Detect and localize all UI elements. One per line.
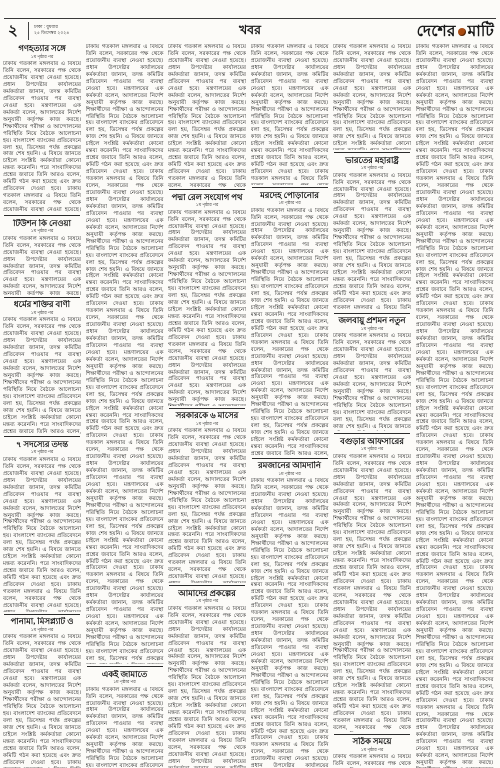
article-body: ঢাকায় গতকাল মঙ্গলবার এ বিষয়ে তিনি বলেন… <box>251 478 329 768</box>
article-headline: পদ্মা রেল সংযোগ পথ <box>168 193 246 203</box>
article-body: ঢাকায় গতকাল মঙ্গলবার এ বিষয়ে তিনি বলেন… <box>333 454 411 732</box>
continued-from-label: ১ম পৃষ্ঠার পর <box>333 747 411 753</box>
article-separator-rule <box>252 458 328 459</box>
article: ৭ সদস্যের তদন্ত ১ম পৃষ্ঠার পর ঢাকায় গতক… <box>3 434 81 612</box>
article-body: ঢাকায় গতকাল মঙ্গলবার এ বিষয়ে তিনি বলেন… <box>3 317 81 434</box>
article-body: ঢাকায় গতকাল মঙ্গলবার এ বিষয়ে তিনি বলেন… <box>3 61 81 213</box>
article-body: ঢাকায় গতকাল মঙ্গলবার এ বিষয়ে তিনি বলেন… <box>86 687 164 768</box>
masthead-logo-dot-icon <box>458 28 466 36</box>
article-headline: পানামা, মিসপ্ল্যাট ও <box>3 617 81 627</box>
article-body: ঢাকায় গতকাল মঙ্গলবার এ বিষয়ে তিনি বলেন… <box>333 333 411 431</box>
article-body: ঢাকায় গতকাল মঙ্গলবার এ বিষয়ে তিনি বলেন… <box>3 634 81 768</box>
continued-from-label: ১ম পৃষ্ঠার পর <box>3 627 81 633</box>
masthead-word-2: মাটি <box>468 19 494 45</box>
article-body: ঢাকায় গতকাল মঙ্গলবার এ বিষয়ে তিনি বলেন… <box>168 210 246 406</box>
page-header: ২ ঢাকা : বুধবার ২৫ ডিসেম্বর ২০২৪ খবর দেশ… <box>4 20 496 44</box>
article-headline: রমজানের আমদানি <box>251 461 329 471</box>
article: রমজানের আমদানি ১ম পৃষ্ঠার পর ঢাকায় গতকা… <box>251 456 329 768</box>
article: গণহত্যার সঙ্গে ১ম পৃষ্ঠার পর ঢাকায় গতকা… <box>3 44 81 213</box>
article: মরদেহ পোড়ানোর ১ম পৃষ্ঠার পর ঢাকায় গতকা… <box>251 185 329 456</box>
article: সঠিক সময়ে ১ম পৃষ্ঠার পর ঢাকায় গতকাল মঙ… <box>333 732 411 768</box>
article-headline: ভারতের মহারাষ্ট্র <box>333 156 411 166</box>
article-separator-rule <box>169 189 245 190</box>
article-body: ঢাকায় গতকাল মঙ্গলবার এ বিষয়ে তিনি বলেন… <box>3 236 81 295</box>
continued-from-label: ১ম পৃষ্ঠার পর <box>333 446 411 452</box>
continued-from-label: ১ম পৃষ্ঠার পর <box>168 598 246 604</box>
continuation-text: ঢাকায় গতকাল মঙ্গলবার এ বিষয়ে তিনি বলেন… <box>416 44 494 768</box>
column-6: ঢাকায় গতকাল মঙ্গলবার এ বিষয়ে তিনি বলেন… <box>416 44 494 768</box>
column-1: গণহত্যার সঙ্গে ১ম পৃষ্ঠার পর ঢাকায় গতকা… <box>3 44 81 768</box>
masthead: দেশের মাটি <box>417 19 494 45</box>
article-separator-rule <box>334 313 410 314</box>
article-separator-rule <box>4 297 80 298</box>
article: ধর্মের শক্তির বাণী ১ম পৃষ্ঠার পর ঢাকায় … <box>3 295 81 435</box>
continued-from-label: ১ম পৃষ্ঠার পর <box>333 165 411 171</box>
continued-from-label: ১ম পৃষ্ঠার পর <box>3 449 81 455</box>
article-body: ঢাকায় গতকাল মঙ্গলবার এ বিষয়ে তিনি বলেন… <box>168 606 246 768</box>
continued-from-label: ১ম পৃষ্ঠার পর <box>251 471 329 477</box>
article-body: ঢাকায় গতকাল মঙ্গলবার এ বিষয়ে তিনি বলেন… <box>333 754 411 768</box>
article-headline: আমাদের প্রকল্পের <box>168 589 246 599</box>
article-separator-rule <box>169 408 245 409</box>
column-5: ঢাকায় গতকাল মঙ্গলবার এ বিষয়ে তিনি বলেন… <box>333 44 411 768</box>
article-separator-rule <box>334 152 410 153</box>
article-headline: একই জামাতে <box>86 670 164 680</box>
article-body: ঢাকায় গতকাল মঙ্গলবার এ বিষয়ে তিনি বলেন… <box>3 457 81 612</box>
article-headline: টিউশন কি নেওয়া <box>3 219 81 229</box>
article-separator-rule <box>334 734 410 735</box>
article-headline: গণহত্যার সঙ্গে <box>3 44 81 54</box>
continued-from-label: ১ম পৃষ্ঠার পর <box>3 310 81 316</box>
continued-from-label: ১ম পৃষ্ঠার পর <box>251 200 329 206</box>
continuation-text: ঢাকায় গতকাল মঙ্গলবার এ বিষয়ে তিনি বলেন… <box>168 44 246 187</box>
article: সরকারকে ৬ মাসের ১ম পৃষ্ঠার পর ঢাকায় গতক… <box>168 406 246 584</box>
article-body: ঢাকায় গতকাল মঙ্গলবার এ বিষয়ে তিনি বলেন… <box>251 208 329 456</box>
article-body: ঢাকায় গতকাল মঙ্গলবার এ বিষয়ে তিনি বলেন… <box>333 173 411 311</box>
article: একই জামাতে ১ম পৃষ্ঠার পর ঢাকায় গতকাল মঙ… <box>86 664 164 768</box>
article-separator-rule <box>169 585 245 586</box>
article: জলবায়ু প্রশমন নতুন ১ম পৃষ্ঠার পর ঢাকায়… <box>333 311 411 432</box>
article: টিউশন কি নেওয়া ১ম পৃষ্ঠার পর ঢাকায় গতক… <box>3 213 81 295</box>
article-separator-rule <box>87 666 163 667</box>
continuation-text: ঢাকায় গতকাল মঙ্গলবার এ বিষয়ে তিনি বলেন… <box>251 44 329 185</box>
article-separator-rule <box>334 433 410 434</box>
article: পদ্মা রেল সংযোগ পথ ১ম পৃষ্ঠার পর ঢাকায় … <box>168 187 246 406</box>
article: আমাদের প্রকল্পের ১ম পৃষ্ঠার পর ঢাকায় গত… <box>168 583 246 768</box>
newspaper-page: ২ ঢাকা : বুধবার ২৫ ডিসেম্বর ২০২৪ খবর দেশ… <box>0 0 500 768</box>
article: বগুড়ার আফসারের ১ম পৃষ্ঠার পর ঢাকায় গতক… <box>333 431 411 732</box>
masthead-word-1: দেশের <box>417 19 456 45</box>
article-headline: সঠিক সময়ে <box>333 737 411 747</box>
continued-from-label: ১ম পৃষ্ঠার পর <box>168 421 246 427</box>
column-2: ঢাকায় গতকাল মঙ্গলবার এ বিষয়ে তিনি বলেন… <box>86 44 164 768</box>
article-separator-rule <box>252 187 328 188</box>
article-headline: সরকারকে ৬ মাসের <box>168 411 246 421</box>
article: পানামা, মিসপ্ল্যাট ও ১ম পৃষ্ঠার পর ঢাকায… <box>3 612 81 768</box>
article-headline: ধর্মের শক্তির বাণী <box>3 300 81 310</box>
column-3: ঢাকায় গতকাল মঙ্গলবার এ বিষয়ে তিনি বলেন… <box>168 44 246 768</box>
article: ভারতের মহারাষ্ট্র ১ম পৃষ্ঠার পর ঢাকায় গ… <box>333 150 411 311</box>
article-body: ঢাকায় গতকাল মঙ্গলবার এ বিষয়ে তিনি বলেন… <box>168 428 246 583</box>
article-headline: ৭ সদস্যের তদন্ত <box>3 440 81 450</box>
article-headline: মরদেহ পোড়ানোর <box>251 191 329 201</box>
article-headline: জলবায়ু প্রশমন নতুন <box>333 316 411 326</box>
article-separator-rule <box>4 215 80 216</box>
continued-from-label: ১ম পৃষ্ঠার পর <box>3 54 81 60</box>
continuation-text: ঢাকায় গতকাল মঙ্গলবার এ বিষয়ে তিনি বলেন… <box>333 44 411 150</box>
continued-from-label: ১ম পৃষ্ঠার পর <box>86 679 164 685</box>
column-4: ঢাকায় গতকাল মঙ্গলবার এ বিষয়ে তিনি বলেন… <box>251 44 329 768</box>
continued-from-label: ১ম পৃষ্ঠার পর <box>333 326 411 332</box>
article-separator-rule <box>4 614 80 615</box>
news-columns: গণহত্যার সঙ্গে ১ম পৃষ্ঠার পর ঢাকায় গতকা… <box>3 44 497 768</box>
article-separator-rule <box>4 436 80 437</box>
continued-from-label: ১ম পৃষ্ঠার পর <box>3 228 81 234</box>
continued-from-label: ১ম পৃষ্ঠার পর <box>168 202 246 208</box>
article-headline: বগুড়ার আফসারের <box>333 437 411 447</box>
continuation-text: ঢাকায় গতকাল মঙ্গলবার এ বিষয়ে তিনি বলেন… <box>86 44 164 664</box>
